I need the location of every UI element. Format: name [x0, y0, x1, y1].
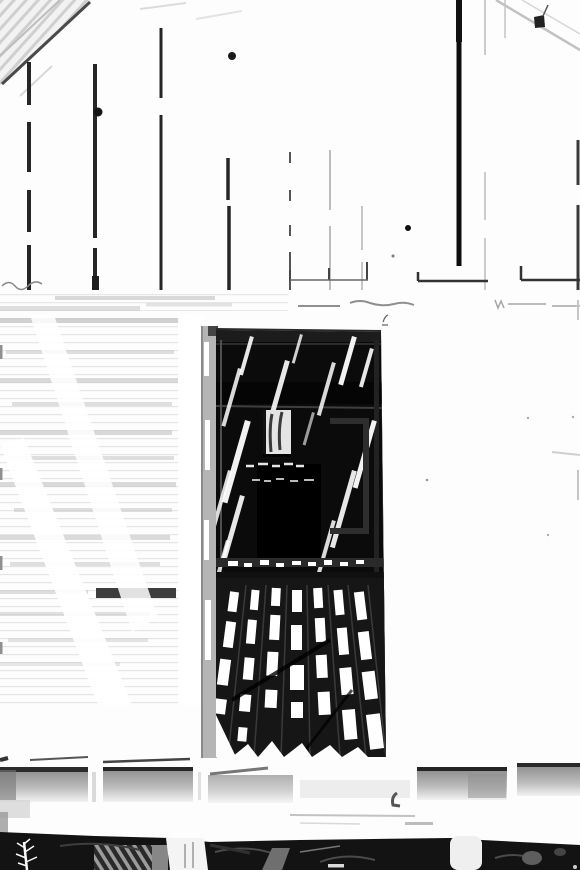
interior-window — [263, 410, 291, 457]
nail-mark — [534, 15, 545, 28]
interior-door — [246, 464, 321, 562]
foreground-post — [166, 838, 208, 870]
knot-hole — [405, 225, 411, 231]
barn-photograph — [0, 0, 580, 870]
left-wall-weathered-boards — [0, 315, 204, 705]
corrugated-scrap — [94, 845, 152, 870]
photo-canvas — [0, 0, 580, 870]
knot-hole — [94, 108, 103, 117]
doorway — [202, 326, 388, 765]
foreground-post — [450, 836, 482, 870]
knot-hole — [228, 52, 236, 60]
